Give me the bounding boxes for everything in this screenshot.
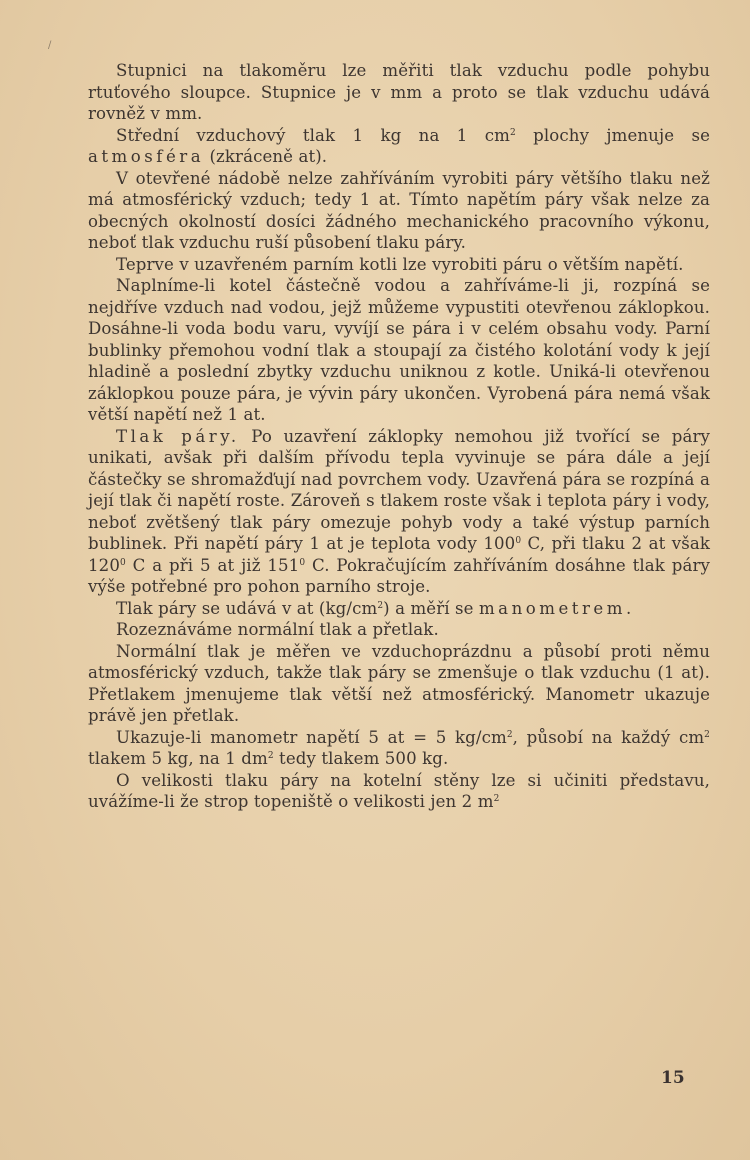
text-run: Naplníme-li kotel částečně vodou a zahří… xyxy=(88,276,710,424)
superscript: 2 xyxy=(704,730,710,740)
paragraph: Střední vzduchový tlak 1 kg na 1 cm2 plo… xyxy=(88,125,710,168)
emphasized-term: manometrem. xyxy=(479,599,635,618)
text-run: , působí na každý cm xyxy=(513,728,705,747)
text-run: plochy jmenuje se xyxy=(516,126,710,145)
text-run: Střední vzduchový tlak 1 kg na 1 cm xyxy=(116,126,510,145)
text-run: C a při 5 at již 151 xyxy=(126,556,300,575)
text-run: Rozeznáváme normální tlak a přetlak. xyxy=(116,620,439,639)
text-run: O velikosti tlaku páry na kotelní stěny … xyxy=(88,771,710,812)
paragraph: Tlak páry se udává v at (kg/cm2) a měří … xyxy=(88,598,710,620)
page-number: 15 xyxy=(661,1068,685,1088)
text-run: Ukazuje-li manometr napětí 5 at = 5 kg/c… xyxy=(116,728,507,747)
superscript: 2 xyxy=(494,794,500,804)
paragraph: Tlak páry. Po uzavření záklopky nemohou … xyxy=(88,426,710,598)
paragraph: Teprve v uzavřeném parním kotli lze vyro… xyxy=(88,254,710,276)
emphasized-term: Tlak páry. xyxy=(116,427,240,446)
emphasized-term: atmosféra xyxy=(88,147,204,166)
text-run: tlakem 5 kg, na 1 dm xyxy=(88,749,268,768)
text-run: Teprve v uzavřeném parním kotli lze vyro… xyxy=(116,255,684,274)
paragraph: Rozeznáváme normální tlak a přetlak. xyxy=(88,619,710,641)
paragraph: V otevřené nádobě nelze zahříváním vyrob… xyxy=(88,168,710,254)
text-run: V otevřené nádobě nelze zahříváním vyrob… xyxy=(88,169,710,253)
text-run: (zkráceně at). xyxy=(204,147,327,166)
text-run: ) a měří se xyxy=(383,599,479,618)
paragraph: Naplníme-li kotel částečně vodou a zahří… xyxy=(88,275,710,426)
text-run: Normální tlak je měřen ve vzduchoprázdnu… xyxy=(88,642,710,726)
page-body: Stupnici na tlakoměru lze měřiti tlak vz… xyxy=(88,60,710,813)
paragraph: Stupnici na tlakoměru lze měřiti tlak vz… xyxy=(88,60,710,125)
paragraph: Ukazuje-li manometr napětí 5 at = 5 kg/c… xyxy=(88,727,710,770)
paragraph: O velikosti tlaku páry na kotelní stěny … xyxy=(88,770,710,813)
text-run: tedy tlakem 500 kg. xyxy=(274,749,449,768)
paragraph: Normální tlak je měřen ve vzduchoprázdnu… xyxy=(88,641,710,727)
stray-pen-mark: / xyxy=(48,40,51,51)
text-run: Tlak páry se udává v at (kg/cm xyxy=(116,599,377,618)
text-run: Stupnici na tlakoměru lze měřiti tlak vz… xyxy=(88,61,710,123)
